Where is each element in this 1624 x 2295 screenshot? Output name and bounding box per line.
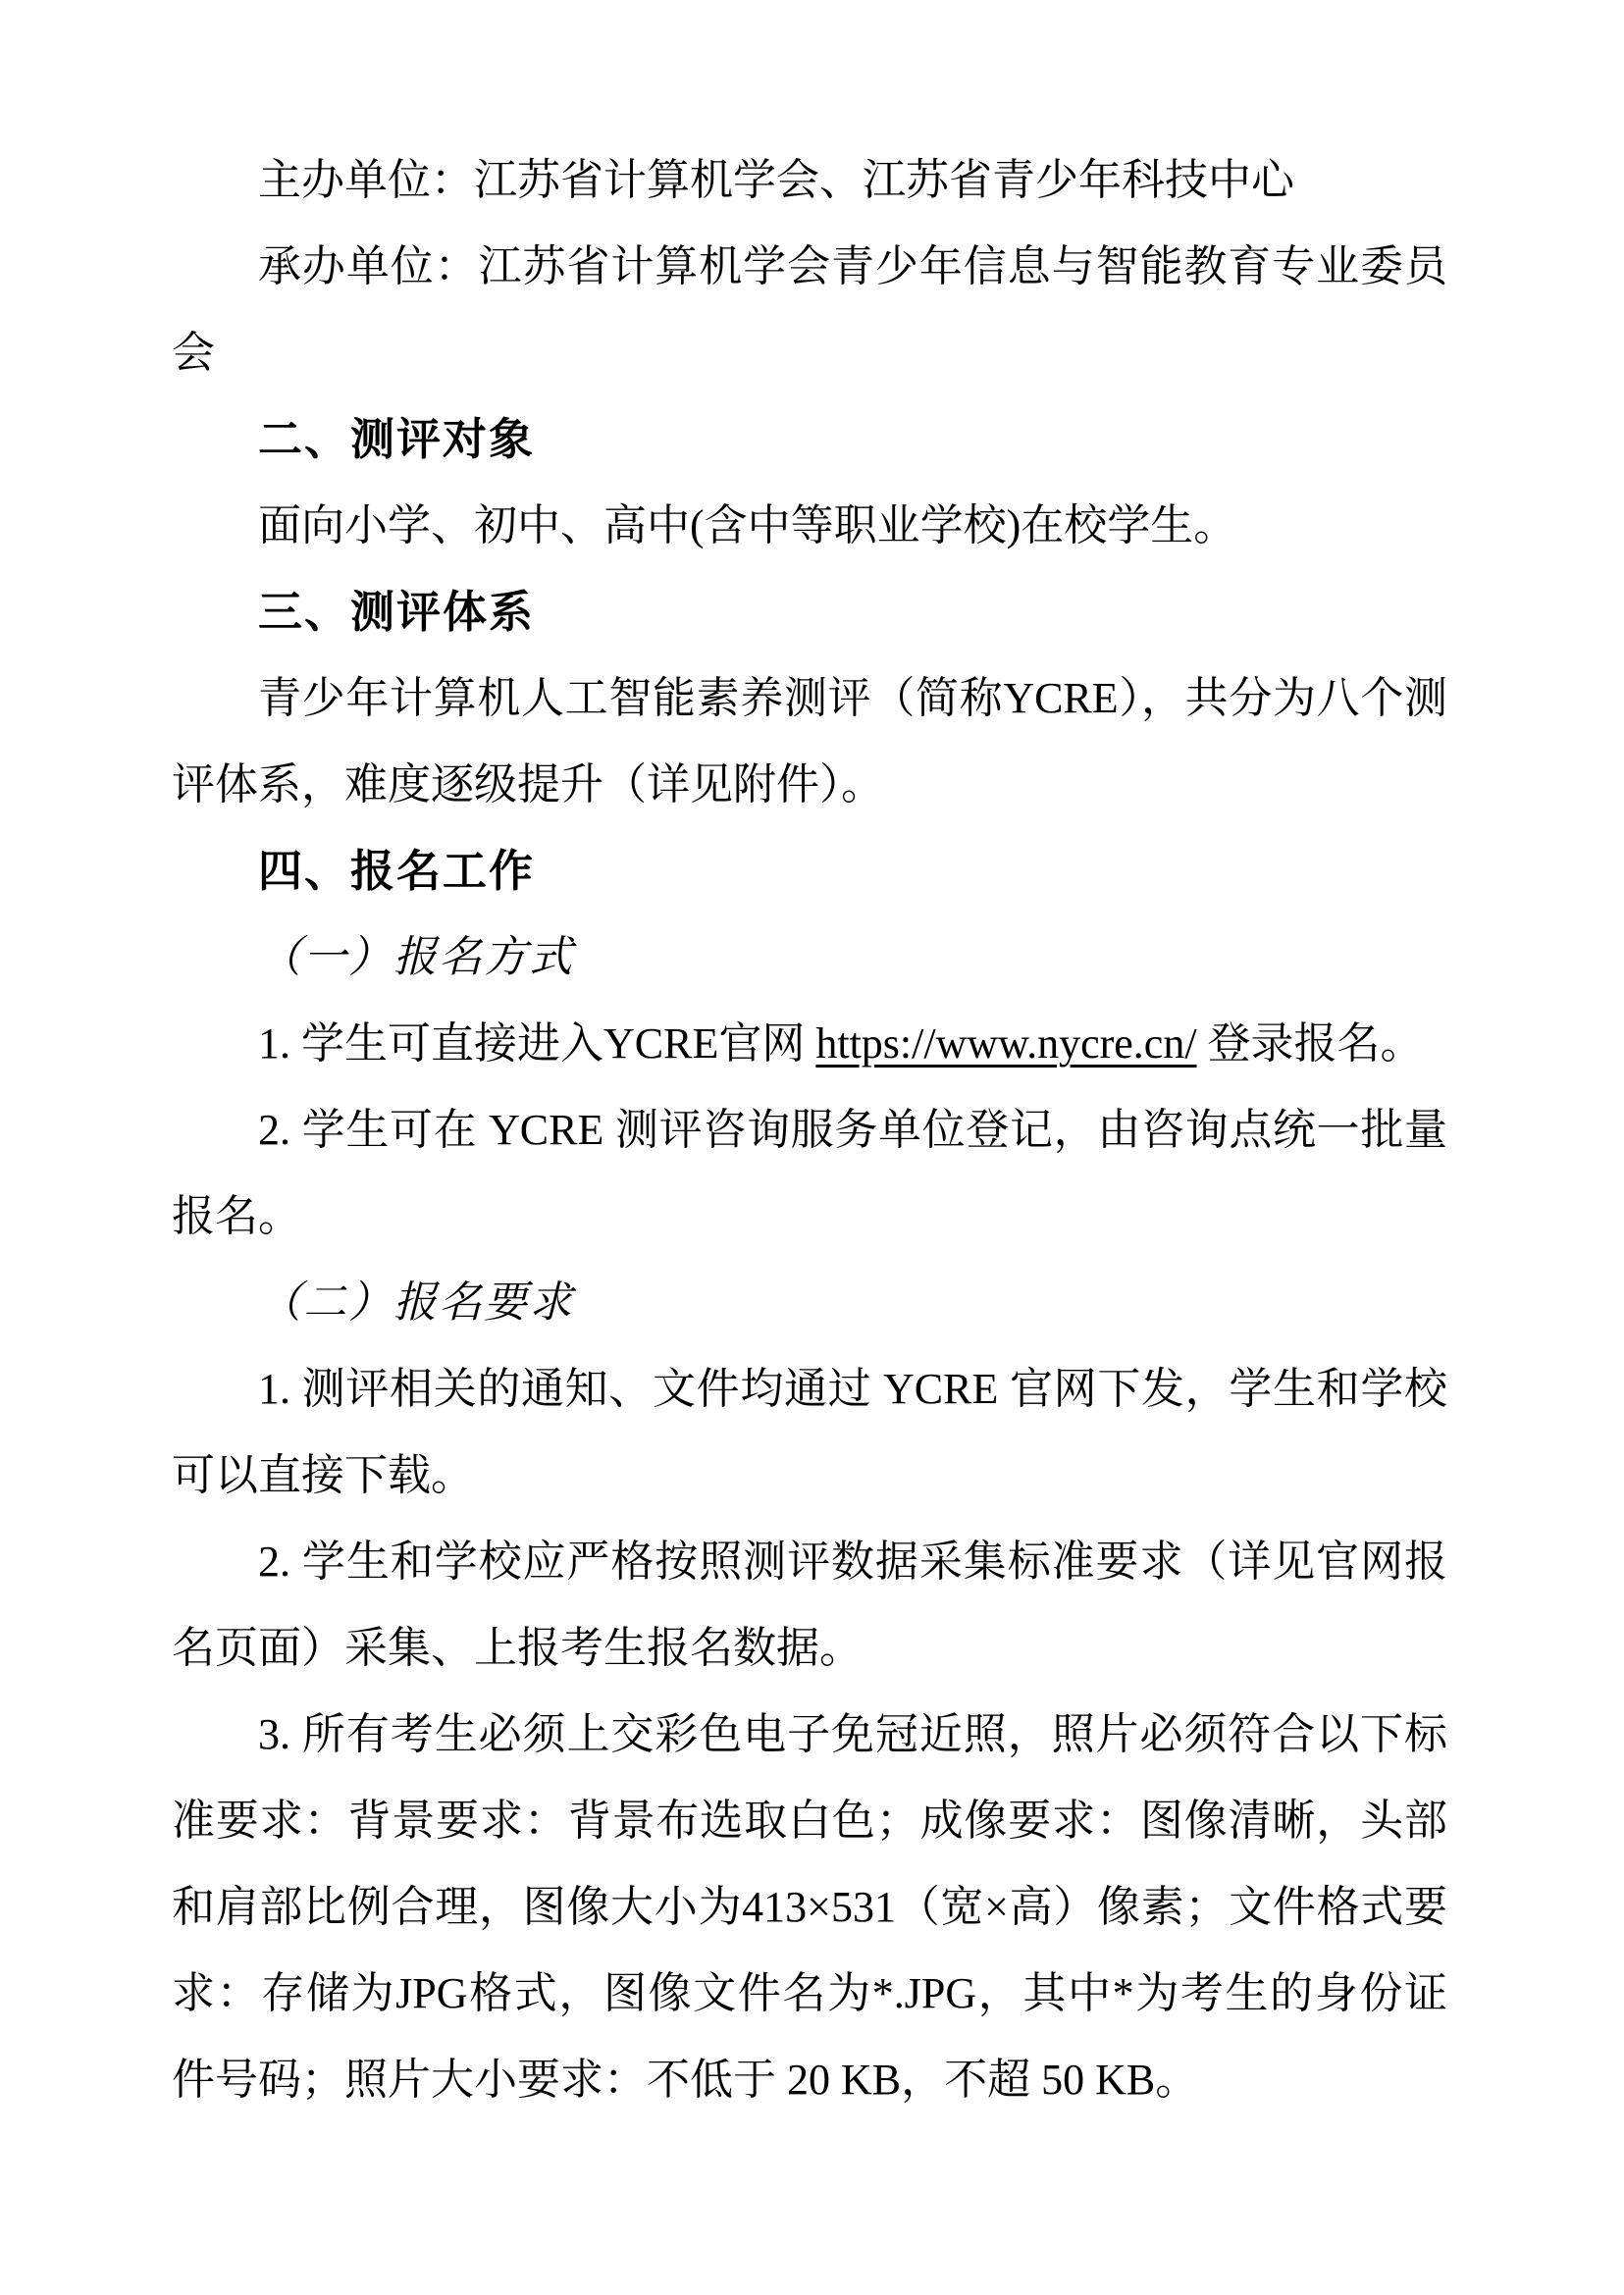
document-page: 主办单位：江苏省计算机学会、江苏省青少年科技中心 承办单位：江苏省计算机学会青少… (0, 0, 1624, 2295)
section-3-body: 青少年计算机人工智能素养测评（简称YCRE），共分为八个测评体系，难度逐级提升（… (172, 655, 1447, 828)
undertaker-line: 承办单位：江苏省计算机学会青少年信息与智能教育专业委员会 (172, 224, 1447, 396)
signup-item-online: 1. 学生可直接进入YCRE官网 https://www.nycre.cn/ 登… (172, 1001, 1447, 1087)
signup-item-online-prefix: 1. 学生可直接进入YCRE官网 (258, 1019, 815, 1068)
sub-heading-signup-method: （一）报名方式 (172, 914, 1447, 1001)
section-4-heading: 四、报名工作 (172, 828, 1447, 914)
section-3-heading: 三、测评体系 (172, 569, 1447, 655)
section-2-body: 面向小学、初中、高中(含中等职业学校)在校学生。 (172, 483, 1447, 569)
signup-item-online-suffix: 登录报名。 (1197, 1019, 1424, 1068)
sub-heading-signup-requirements: （二）报名要求 (172, 1260, 1447, 1346)
signup-item-batch: 2. 学生可在 YCRE 测评咨询服务单位登记，由咨询点统一批量报名。 (172, 1087, 1447, 1260)
requirement-item-photo-spec: 3. 所有考生必须上交彩色电子免冠近照，照片必须符合以下标准要求：背景要求：背景… (172, 1692, 1447, 2123)
section-2-heading: 二、测评对象 (172, 396, 1447, 483)
organizer-line: 主办单位：江苏省计算机学会、江苏省青少年科技中心 (172, 137, 1447, 224)
requirement-item-data-collection: 2. 学生和学校应严格按照测评数据采集标准要求（详见官网报名页面）采集、上报考生… (172, 1519, 1447, 1692)
ycre-website-link[interactable]: https://www.nycre.cn/ (815, 1019, 1196, 1068)
requirement-item-notices: 1. 测评相关的通知、文件均通过 YCRE 官网下发，学生和学校可以直接下载。 (172, 1346, 1447, 1519)
